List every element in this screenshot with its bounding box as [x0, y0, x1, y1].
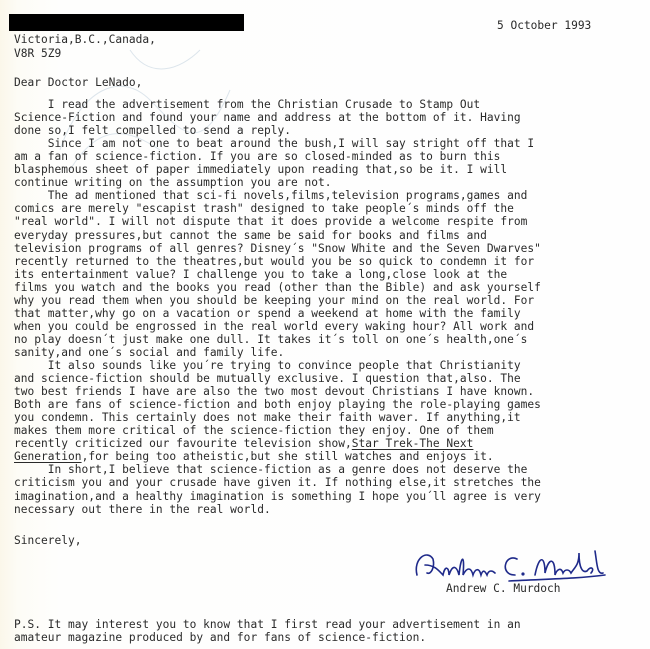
salutation: Dear Doctor LeNado, [14, 76, 142, 89]
body-line: am a fan of science-fiction. If you are … [14, 150, 500, 163]
letter-date: 5 October 1993 [497, 19, 591, 32]
body-line: two best friends I have are also the two… [14, 385, 534, 398]
sender-address-line: V8R 5Z9 [14, 47, 61, 60]
body-line: Since I am not one to beat around the bu… [14, 137, 534, 150]
body-line: comics are merely "escapist trash" desig… [14, 202, 514, 215]
show-line-prefix: recently criticized our favourite televi… [14, 437, 352, 450]
body-line: why you read them when you should be kee… [14, 294, 534, 307]
sender-address-line: Victoria,B.C.,Canada, [14, 33, 156, 46]
body-line: television programs of all genres? Disne… [14, 242, 541, 255]
body-line: The ad mentioned that sci-fi novels,film… [14, 189, 527, 202]
show-title-cont: Generation [14, 450, 82, 463]
body-line: and science-fiction should be mutually e… [14, 372, 521, 385]
body-line: In short,I believe that science-fiction … [14, 463, 527, 476]
body-line: "real world". I will not dispute that it… [14, 215, 527, 228]
body-line: that matter,why go on a vacation or spen… [14, 307, 521, 320]
body-line: blasphemous sheet of paper immediately u… [14, 163, 507, 176]
body-line: Both are fans of science-fiction and bot… [14, 398, 541, 411]
body-line: when you could be engrossed in the real … [14, 320, 534, 333]
body-line: sanity,and one´s social and family life. [14, 346, 284, 359]
body-line-show-cont: Generation,for being too atheistic,but s… [14, 450, 494, 463]
body-line: makes them more critical of the science-… [14, 424, 494, 437]
redacted-sender-name [9, 14, 244, 31]
body-line: no play doesn´t just make one dull. It t… [14, 333, 527, 346]
postscript-line: amateur magazine produced by and for fan… [14, 631, 426, 644]
handwritten-signature [405, 545, 610, 587]
body-line: its entertainment value? I challenge you… [14, 268, 507, 281]
body-line: everyday pressures,but cannot the same b… [14, 229, 487, 242]
typed-signature: Andrew C. Murdoch [446, 582, 561, 595]
show-line-suffix: ,for being too atheistic,but she still w… [82, 450, 494, 463]
body-line: It also sounds like you´re trying to con… [14, 359, 521, 372]
body-line: recently returned to the theatres,but wo… [14, 255, 534, 268]
body-line: criticism you and your crusade have give… [14, 476, 541, 489]
body-line: done so,I felt compelled to send a reply… [14, 124, 291, 137]
body-line: Science-Fiction and found your name and … [14, 111, 521, 124]
postscript-line: P.S. It may interest you to know that I … [14, 618, 521, 631]
letter-page: 5 October 1993 Victoria,B.C.,Canada, V8R… [0, 0, 650, 649]
show-title: Star Trek-The Next [352, 437, 474, 450]
body-line: films you watch and the books you read (… [14, 281, 541, 294]
body-line: continue writing on the assumption you a… [14, 176, 332, 189]
body-line: I read the advertisement from the Christ… [14, 98, 480, 111]
body-line: necessary out there in the real world. [14, 503, 271, 516]
body-line: imagination,and a healthy imagination is… [14, 490, 541, 503]
body-line-show: recently criticized our favourite televi… [14, 437, 473, 450]
valediction: Sincerely, [14, 534, 82, 547]
body-line: you condemn. This certainly does not mak… [14, 411, 521, 424]
